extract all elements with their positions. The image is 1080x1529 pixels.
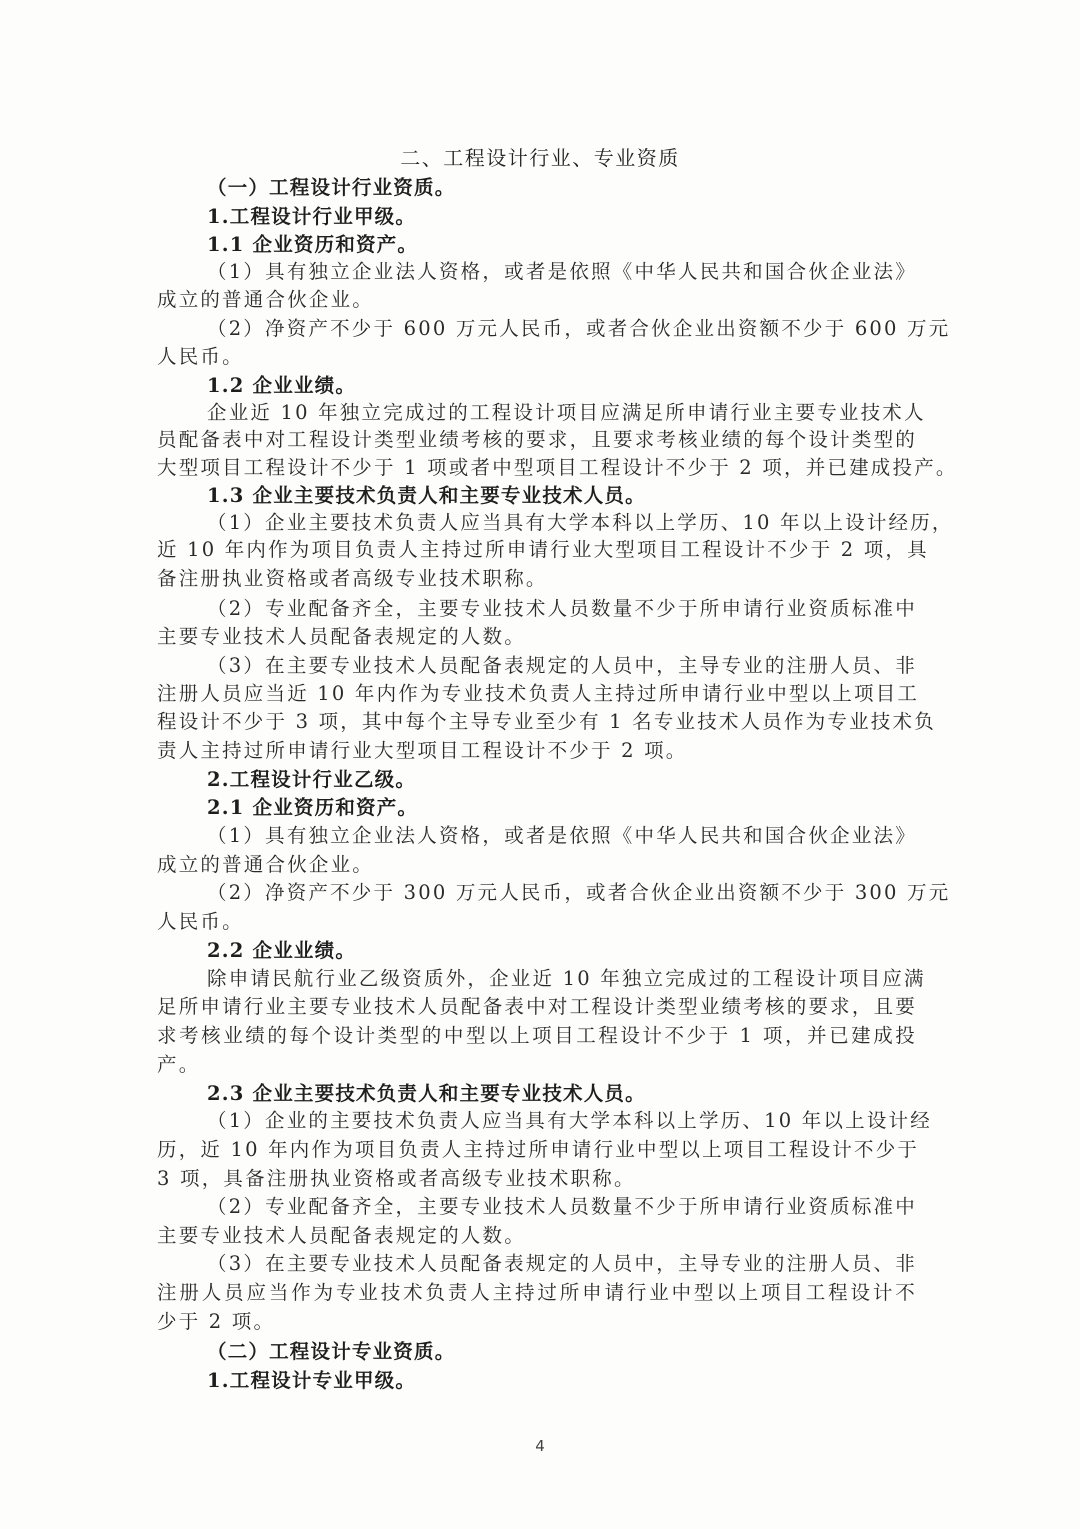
paragraph-line: 足所申请行业主要专业技术人员配备表中对工程设计类型业绩考核的要求，且要 xyxy=(157,993,917,1021)
heading-1: （一）工程设计行业资质。 xyxy=(207,174,917,202)
heading-1-3: 1.3 企业主要技术负责人和主要专业技术人员。 xyxy=(207,482,917,510)
heading-second-section: （二）工程设计专业资质。 xyxy=(207,1338,917,1366)
page-number: 4 xyxy=(0,1437,1080,1455)
paragraph-line: 责人主持过所申请行业大型项目工程设计不少于 2 项。 xyxy=(157,737,917,765)
paragraph-line: （1）企业的主要技术负责人应当具有大学本科以上学历、10 年以上设计经 xyxy=(207,1107,917,1135)
paragraph-line: 历，近 10 年内作为项目负责人主持过所申请行业中型以上项目工程设计不少于 xyxy=(157,1136,917,1164)
paragraph-line: 备注册执业资格或者高级专业技术职称。 xyxy=(157,565,917,593)
paragraph-line: （1）具有独立企业法人资格，或者是依照《中华人民共和国合伙企业法》 xyxy=(207,822,917,850)
paragraph-line: 人民币。 xyxy=(157,908,917,936)
heading-2-3: 2.3 企业主要技术负责人和主要专业技术人员。 xyxy=(207,1080,917,1108)
paragraph-line: （2）净资产不少于 300 万元人民币，或者合伙企业出资额不少于 300 万元 xyxy=(207,879,917,907)
section-title: 二、工程设计行业、专业资质 xyxy=(0,144,1080,172)
paragraph-line: 成立的普通合伙企业。 xyxy=(157,851,917,879)
heading-1-1-1: 1.1 企业资历和资产。 xyxy=(207,231,917,259)
paragraph-line: 注册人员应当作为专业技术负责人主持过所申请行业中型以上项目工程设计不 xyxy=(157,1279,917,1307)
heading-second-section-1: 1.工程设计专业甲级。 xyxy=(207,1367,917,1395)
paragraph-line: （3）在主要专业技术人员配备表规定的人员中，主导专业的注册人员、非 xyxy=(207,652,917,680)
heading-2-1: 2.1 企业资历和资产。 xyxy=(207,794,917,822)
paragraph-line: 3 项，具备注册执业资格或者高级专业技术职称。 xyxy=(157,1165,917,1193)
heading-1-1: 1.工程设计行业甲级。 xyxy=(207,203,917,231)
paragraph-line: 主要专业技术人员配备表规定的人数。 xyxy=(157,1222,917,1250)
paragraph-line: 少于 2 项。 xyxy=(157,1308,917,1336)
paragraph-line: （1）企业主要技术负责人应当具有大学本科以上学历、10 年以上设计经历， xyxy=(207,509,917,537)
paragraph-line: 求考核业绩的每个设计类型的中型以上项目工程设计不少于 1 项，并已建成投 xyxy=(157,1022,917,1050)
paragraph-line: （2）净资产不少于 600 万元人民币，或者合伙企业出资额不少于 600 万元 xyxy=(207,315,917,343)
paragraph-line: （1）具有独立企业法人资格，或者是依照《中华人民共和国合伙企业法》 xyxy=(207,258,917,286)
paragraph-line: 成立的普通合伙企业。 xyxy=(157,286,917,314)
paragraph-line: 员配备表中对工程设计类型业绩考核的要求，且要求考核业绩的每个设计类型的 xyxy=(157,426,917,454)
paragraph-line: 除申请民航行业乙级资质外，企业近 10 年独立完成过的工程设计项目应满 xyxy=(207,965,917,993)
heading-2: 2.工程设计行业乙级。 xyxy=(207,766,917,794)
paragraph-line: 程设计不少于 3 项，其中每个主导专业至少有 1 名专业技术人员作为专业技术负 xyxy=(157,708,917,736)
heading-2-2: 2.2 企业业绩。 xyxy=(207,937,917,965)
paragraph-line: （2）专业配备齐全，主要专业技术人员数量不少于所申请行业资质标准中 xyxy=(207,595,917,623)
document-page: 二、工程设计行业、专业资质 （一）工程设计行业资质。 1.工程设计行业甲级。 1… xyxy=(0,0,1080,1529)
paragraph-line: 企业近 10 年独立完成过的工程设计项目应满足所申请行业主要专业技术人 xyxy=(207,399,917,427)
paragraph-line: 人民币。 xyxy=(157,343,917,371)
paragraph-line: 产。 xyxy=(157,1051,917,1079)
heading-1-2: 1.2 企业业绩。 xyxy=(207,372,917,400)
paragraph-line: （3）在主要专业技术人员配备表规定的人员中，主导专业的注册人员、非 xyxy=(207,1250,917,1278)
paragraph-line: （2）专业配备齐全，主要专业技术人员数量不少于所申请行业资质标准中 xyxy=(207,1193,917,1221)
paragraph-line: 近 10 年内作为项目负责人主持过所申请行业大型项目工程设计不少于 2 项，具 xyxy=(157,536,917,564)
paragraph-line: 大型项目工程设计不少于 1 项或者中型项目工程设计不少于 2 项，并已建成投产。 xyxy=(157,454,917,482)
paragraph-line: 注册人员应当近 10 年内作为专业技术负责人主持过所申请行业中型以上项目工 xyxy=(157,680,917,708)
paragraph-line: 主要专业技术人员配备表规定的人数。 xyxy=(157,623,917,651)
